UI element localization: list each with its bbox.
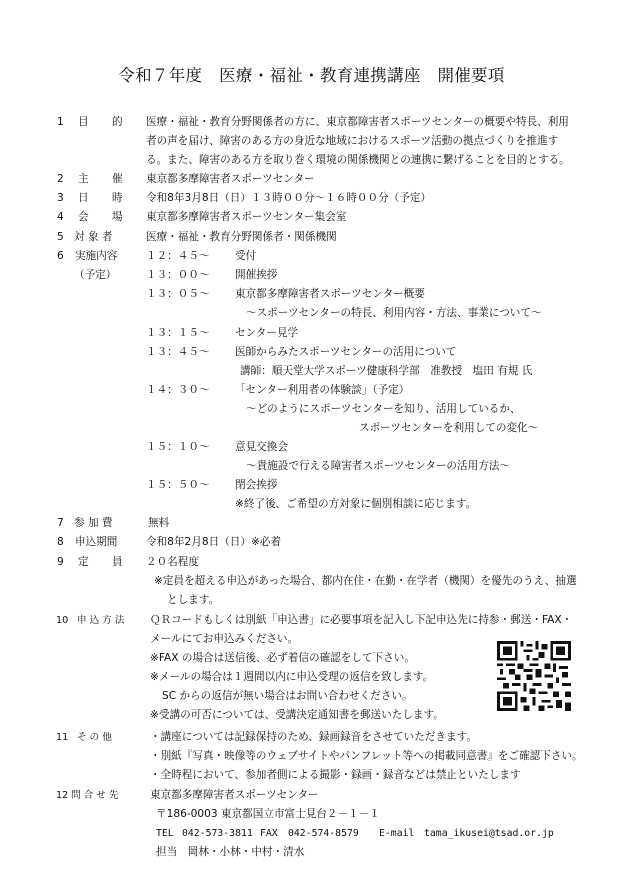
- purpose-line: 医療・福祉・教育分野関係者の方に、東京都障害者スポーツセンターの概要や特長、利用: [146, 116, 569, 129]
- program-note: ※終了後、ご希望の方対象に個別相談に応じます。: [235, 498, 476, 511]
- qr-code-icon: [497, 641, 571, 711]
- program-subtitle: 講師：順天堂大学スポーツ健康科学部 准教授 塩田 有規 氏: [240, 365, 532, 378]
- section-label: 員: [112, 556, 123, 569]
- section-sublabel: （予定）: [74, 269, 116, 282]
- apply-note: SC からの返信が無い場合はお問い合わせください。: [162, 690, 413, 703]
- contact-email[interactable]: tama_ikusei@tsad.or.jp: [424, 827, 554, 840]
- section-label: 目: [78, 116, 89, 129]
- target-value: 医療・福祉・教育分野関係者・関係機関: [146, 231, 337, 244]
- section-label: 日: [78, 192, 89, 205]
- datetime-value: 令和8年3月8日（日）１３時００分～１６時００分（予定）: [146, 192, 431, 205]
- program-time: １５：１０～: [146, 441, 210, 454]
- section-number: 5: [57, 231, 64, 244]
- apply-line: ＱＲコードもしくは別紙「申込書」に必要事項を記入し下記申込先に持参・郵送・FAX…: [150, 614, 572, 627]
- section-number: 1: [57, 116, 64, 129]
- section-number: 6: [57, 250, 64, 263]
- capacity-note: とします。: [167, 594, 219, 607]
- organizer-value: 東京都多摩障害者スポーツセンター: [146, 173, 315, 186]
- section-number: 10: [56, 614, 68, 627]
- purpose-line: 者の声を届け、障害のある方の身近な地域におけるスポーツ活動の拠点づくりを推進す: [146, 135, 558, 148]
- other-item: ・全時程において、参加者側による撮影・録画・録音などは禁止といたします: [150, 769, 521, 782]
- venue-value: 東京都多摩障害者スポーツセンター集会室: [146, 211, 346, 224]
- section-label: 主: [78, 173, 89, 186]
- contact-staff: 担当 岡林・小林・中村・清水: [156, 846, 304, 859]
- program-subtitle: ～どのようにスポーツセンターを知り、活用しているか、: [246, 403, 521, 416]
- program-time: １４：３０～: [146, 384, 210, 397]
- program-subtitle: ～スポーツセンターの特長、利用内容・方法、事業について～: [246, 307, 542, 320]
- program-title: 閉会挨拶: [235, 479, 277, 492]
- section-number: 4: [57, 211, 64, 224]
- contact-email-label: E-mail: [379, 827, 414, 840]
- section-number: 8: [57, 536, 64, 549]
- program-title: センター見学: [235, 327, 298, 340]
- section-label: 申 込 方 法: [77, 614, 125, 627]
- contact-fax-label: FAX: [260, 827, 278, 840]
- program-subtitle: スポーツセンターを利用しての変化～: [359, 422, 538, 435]
- apply-note: ※FAX の場合は送信後、必ず着信の確認をして下さい。: [150, 652, 415, 665]
- section-label: 参 加 費: [74, 517, 113, 530]
- section-label: そ の 他: [77, 731, 112, 744]
- contact-org: 東京都多摩障害者スポーツセンター: [150, 789, 319, 802]
- capacity-value: ２０名程度: [146, 556, 199, 569]
- section-label: 会: [78, 211, 89, 224]
- section-number: 12: [56, 789, 68, 802]
- section-label: 実施内容: [75, 250, 117, 263]
- program-time: １３：０５～: [146, 288, 210, 301]
- section-label: 定: [78, 556, 89, 569]
- section-label: 時: [112, 192, 123, 205]
- other-item: ・講座については記録保持のため、録画録音をさせていただきます。: [150, 731, 477, 744]
- apply-line: メールにてお申込みください。: [150, 633, 298, 646]
- section-label: 的: [112, 116, 123, 129]
- section-number: 3: [57, 192, 64, 205]
- program-time: １３：４５～: [146, 346, 210, 359]
- apply-note: ※受講の可否については、受講決定通知書を郵送いたします。: [150, 709, 444, 722]
- fee-value: 無料: [148, 517, 169, 530]
- section-label: 対 象 者: [74, 231, 113, 244]
- contact-address: 〒186-0003 東京都国立市富士見台２－１－１: [156, 808, 380, 821]
- contact-tel[interactable]: 042-573-3811: [182, 827, 253, 840]
- program-time: １２：４５～: [146, 250, 210, 263]
- qr-code[interactable]: [497, 641, 571, 711]
- contact-tel-label: TEL: [156, 827, 174, 840]
- program-subtitle: ～貴施設で行える障害者スポーツセンターの活用方法～: [246, 460, 510, 473]
- section-label: 申込期間: [75, 536, 117, 549]
- capacity-note: ※定員を超える申込があった場合、都内在住・在勤・在学者（機関）を優先のうえ、抽選: [154, 575, 577, 588]
- program-title: 開催挨拶: [235, 269, 277, 282]
- deadline-value: 令和8年2月8日（日）※必着: [146, 536, 281, 549]
- section-number: 7: [57, 517, 64, 530]
- other-item: ・別紙『写真・映像等のウェブサイトやパンフレット等への掲載同意書』をご確認下さい…: [150, 750, 583, 763]
- program-time: １５：５０～: [146, 479, 210, 492]
- apply-note: ※メールの場合は１週間以内に申込受理の返信を致します。: [150, 671, 433, 684]
- program-time: １３：００～: [146, 269, 210, 282]
- contact-fax: 042-574-8579: [288, 827, 359, 840]
- page-title: 令和７年度 医療・福祉・教育連携講座 開催要項: [0, 62, 623, 86]
- section-number: 9: [57, 556, 64, 569]
- program-time: １３：１５～: [146, 327, 210, 340]
- program-title: 医師からみたスポーツセンターの活用について: [235, 346, 456, 359]
- purpose-line: る。また、障害のある方を取り巻く環境の関係機関との連携に繋げることを目的とする。: [146, 154, 570, 167]
- program-title: 受付: [235, 250, 256, 263]
- section-number: 2: [57, 173, 64, 186]
- program-title: 東京都多摩障害者スポーツセンター概要: [235, 288, 425, 301]
- program-title: 意見交換会: [235, 441, 288, 454]
- section-label: 場: [112, 211, 123, 224]
- section-number: 11: [56, 731, 68, 744]
- section-label: 催: [112, 173, 123, 186]
- program-title: 「センター利用者の体験談」（予定）: [235, 384, 409, 397]
- section-label: 問 合 せ 先: [71, 789, 119, 802]
